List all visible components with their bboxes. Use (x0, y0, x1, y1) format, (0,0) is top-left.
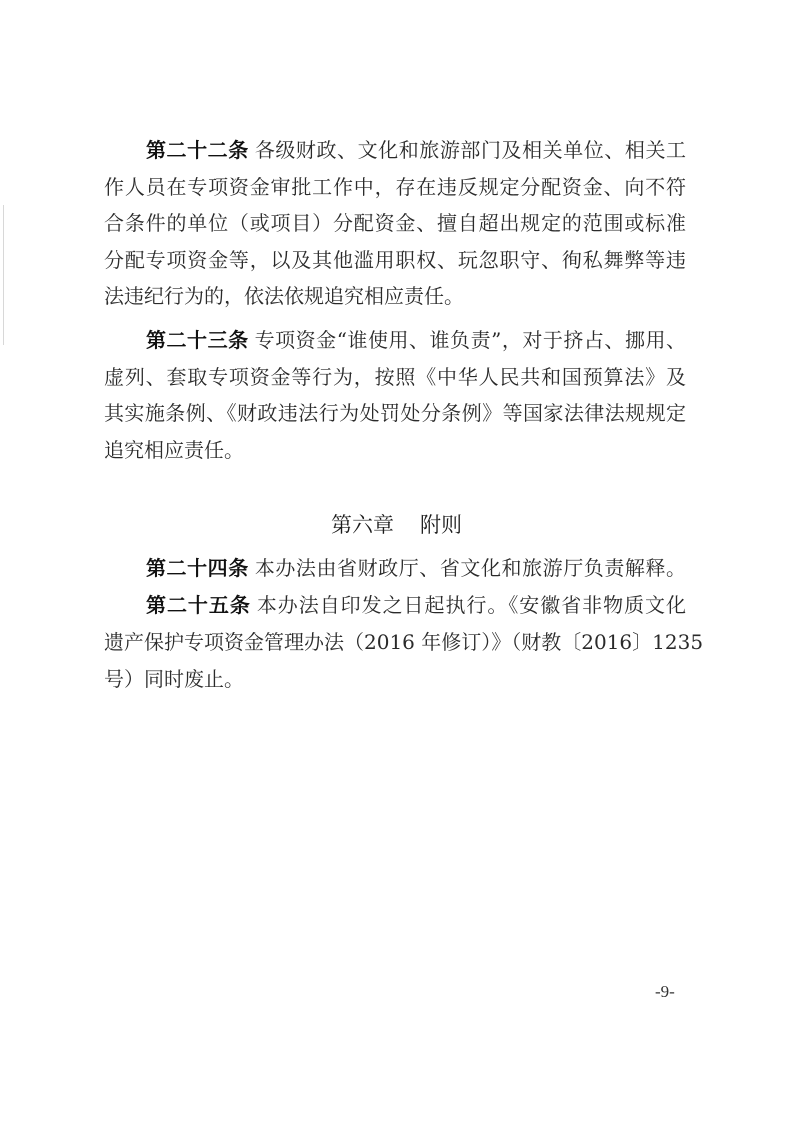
article-25-line-3: 号）同时废止。 (104, 664, 686, 694)
article-22-line-4: 分配专项资金等，以及其他滥用职权、玩忽职守、徇私舞弊等违 (104, 245, 686, 275)
article-23-line-2: 虚列、套取专项资金等行为，按照《中华人民共和国预算法》及 (104, 362, 686, 392)
article-23-line-4: 追究相应责任。 (104, 435, 686, 465)
article-23-line-1: 第二十三条专项资金“谁使用、谁负责”，对于挤占、挪用、 (146, 325, 686, 355)
article-number: 第二十五条 (146, 593, 251, 617)
article-22-line-1: 第二十二条各级财政、文化和旅游部门及相关单位、相关工 (146, 135, 686, 165)
article-22-line-5: 法违纪行为的，依法依规追究相应责任。 (104, 281, 686, 311)
article-24-line-1: 第二十四条本办法由省财政厅、省文化和旅游厅负责解释。 (146, 553, 686, 583)
article-23-line-3: 其实施条例、《财政违法行为处罚处分条例》等国家法律法规规定 (104, 398, 686, 428)
article-25-line-1: 第二十五条本办法自印发之日起执行。《安徽省非物质文化 (146, 590, 686, 620)
article-number: 第二十二条 (146, 138, 249, 162)
chapter-title: 附则 (420, 513, 462, 537)
chapter-heading: 第六章附则 (0, 510, 793, 540)
page-number: -9- (655, 980, 675, 1004)
chapter-number: 第六章 (331, 513, 394, 537)
article-25-line-2: 遗产保护专项资金管理办法（2016 年修订）》（财教〔2016〕1235 (104, 627, 686, 657)
article-number: 第二十三条 (146, 328, 249, 352)
scan-edge-artifact (3, 205, 4, 345)
article-number: 第二十四条 (146, 556, 249, 580)
article-22-line-2: 作人员在专项资金审批工作中，存在违反规定分配资金、向不符 (104, 172, 686, 202)
article-22-line-3: 合条件的单位（或项目）分配资金、擅自超出规定的范围或标准 (104, 208, 686, 238)
